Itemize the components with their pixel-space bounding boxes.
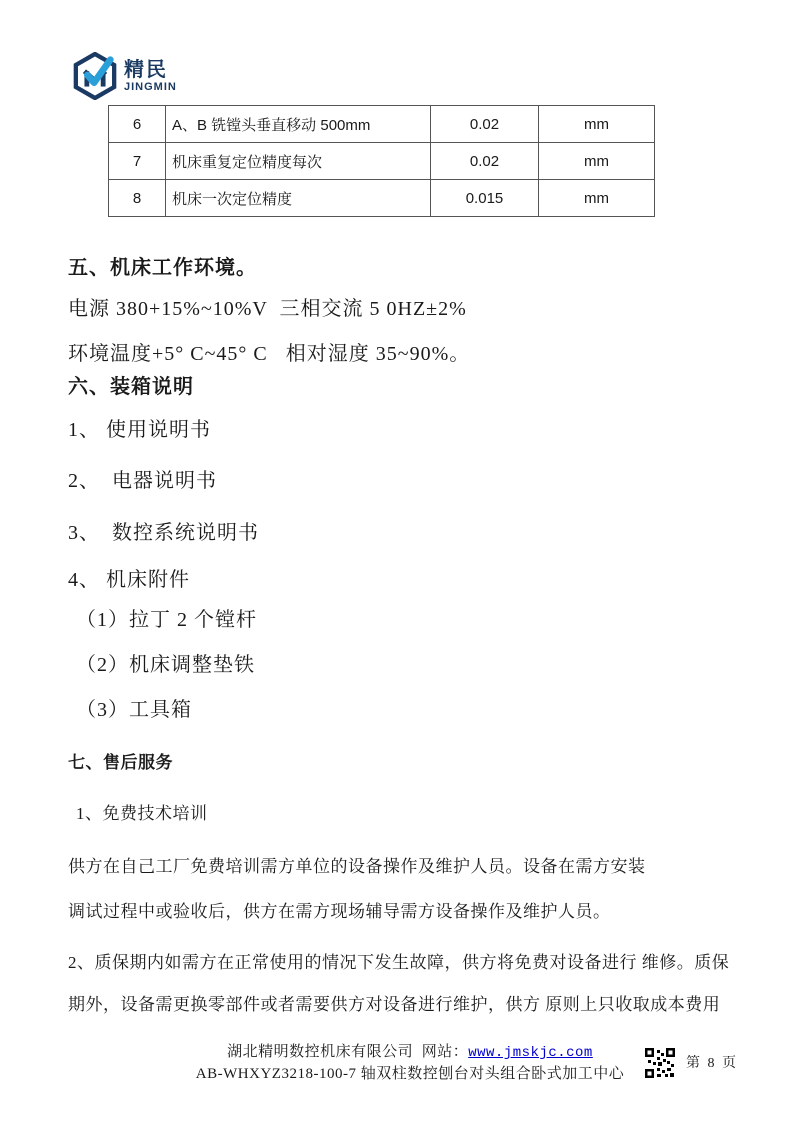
env-spec-line: 环境温度+5° C~45° C 相对湿度 35~90%。 [68, 337, 470, 366]
precision-spec-table: 6 A、B 铣镗头垂直移动 500mm 0.02 mm 7 机床重复定位精度每次… [108, 105, 655, 217]
row-number: 6 [109, 106, 166, 143]
table-row: 7 机床重复定位精度每次 0.02 mm [109, 143, 655, 180]
footer-website-link[interactable]: www.jmskjc.com [468, 1045, 593, 1061]
row-unit: mm [539, 106, 655, 143]
service-para1-line2: 调试过程中或验收后，供方在需方现场辅导需方设备操作及维护人员。 [68, 897, 611, 922]
logo-hexagon-icon [72, 52, 118, 100]
row-unit: mm [539, 180, 655, 217]
row-value: 0.015 [431, 180, 539, 217]
service-para1-line1: 供方在自己工厂免费培训需方单位的设备操作及维护人员。设备在需方安装 [68, 852, 646, 877]
row-item: 机床一次定位精度 [166, 180, 431, 217]
power-spec-line: 电源 380+15%~10%V 三相交流 5 0HZ±2% [68, 292, 467, 321]
packing-item-1: 1、 使用说明书 [68, 413, 211, 442]
footer-company-line: 湖北精明数控机床有限公司 网站：www.jmskjc.com [100, 1042, 720, 1064]
page-footer: 湖北精明数控机床有限公司 网站：www.jmskjc.com AB-WHXYZ3… [100, 1042, 720, 1085]
service-para2-line1: 2、质保期内如需方在正常使用的情况下发生故障，供方将免费对设备进行 维修。质保 [68, 948, 729, 973]
table-row: 6 A、B 铣镗头垂直移动 500mm 0.02 mm [109, 106, 655, 143]
qr-code-icon [645, 1048, 675, 1078]
logo-text: 精民 JINGMIN [124, 60, 177, 93]
section-7-title: 七、售后服务 [68, 748, 173, 773]
packing-item-3: 3、 数控系统说明书 [68, 516, 259, 545]
logo-brand-cn: 精民 [124, 60, 177, 80]
footer-company: 湖北精明数控机床有限公司 [227, 1044, 413, 1060]
section-6-title: 六、装箱说明 [68, 370, 194, 399]
footer-website-label: 网站： [413, 1044, 468, 1060]
page-number: 第 8 页 [686, 1052, 738, 1072]
accessory-item-1: （1）拉丁 2 个镗杆 [76, 603, 257, 632]
logo-brand-en: JINGMIN [124, 82, 177, 93]
row-number: 7 [109, 143, 166, 180]
packing-item-4: 4、 机床附件 [68, 563, 190, 592]
row-number: 8 [109, 180, 166, 217]
footer-model-line: AB-WHXYZ3218-100-7 轴双柱数控刨台对头组合卧式加工中心 [100, 1064, 720, 1085]
accessory-item-2: （2）机床调整垫铁 [76, 648, 255, 677]
packing-item-2: 2、 电器说明书 [68, 464, 217, 493]
row-unit: mm [539, 143, 655, 180]
row-value: 0.02 [431, 143, 539, 180]
service-item-1: 1、免费技术培训 [76, 799, 208, 824]
row-item: 机床重复定位精度每次 [166, 143, 431, 180]
company-logo: 精民 JINGMIN [72, 52, 177, 100]
row-item: A、B 铣镗头垂直移动 500mm [166, 106, 431, 143]
row-value: 0.02 [431, 106, 539, 143]
accessory-item-3: （3）工具箱 [76, 693, 192, 722]
service-para2-line2: 期外，设备需更换零部件或者需要供方对设备进行维护，供方 原则上只收取成本费用 [68, 990, 720, 1015]
document-page: 精民 JINGMIN 6 A、B 铣镗头垂直移动 500mm 0.02 mm 7… [0, 0, 800, 1131]
section-5-title: 五、机床工作环境。 [68, 251, 257, 280]
table-row: 8 机床一次定位精度 0.015 mm [109, 180, 655, 217]
